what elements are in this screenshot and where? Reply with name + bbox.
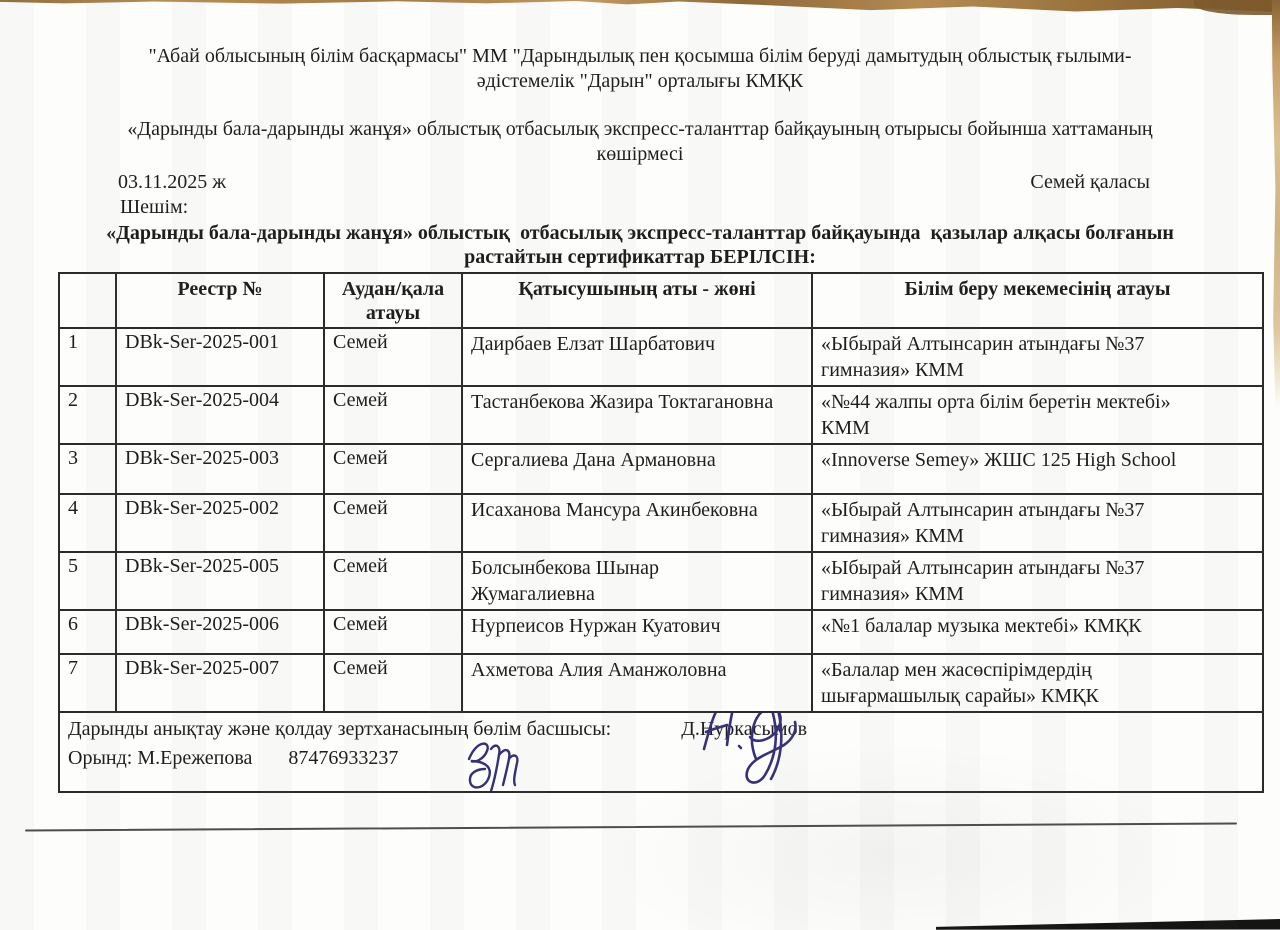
- table-row: 3 DBk-Ser-2025-003 Семей Сергалиева Дана…: [59, 444, 1263, 494]
- decision-label: Шешім:: [120, 195, 1280, 220]
- header-institution: Білім беру мекемесінің атауы: [812, 273, 1263, 328]
- cell-institution: «Ыбырай Алтынсарин атындағы №37 гимназия…: [812, 328, 1263, 386]
- table-row: 6 DBk-Ser-2025-006 Семей Нурпеисов Нуржа…: [59, 610, 1263, 654]
- cell-participant: Сергалиева Дана Армановна: [462, 444, 812, 494]
- cell-participant: Тастанбекова Жазира Токтагановна: [462, 386, 812, 444]
- page-rule-line: [25, 823, 1237, 832]
- cell-institution: «№44 жалпы орта білім беретін мектебі» К…: [812, 386, 1263, 444]
- table-footer-row: Дарынды анықтау және қолдау зертханасыны…: [59, 712, 1263, 792]
- org-title: "Абай облысының білім басқармасы" ММ "Да…: [140, 44, 1140, 94]
- cell-district: Семей: [324, 444, 462, 494]
- head-signature-line: Дарынды анықтау және қолдау зертханасыны…: [68, 715, 1254, 744]
- cell-participant: Даирбаев Елзат Шарбатович: [462, 328, 812, 386]
- cell-district: Семей: [324, 494, 462, 552]
- cell-index: 4: [59, 494, 116, 552]
- cell-index: 1: [59, 328, 116, 386]
- table-row: 7 DBk-Ser-2025-007 Семей Ахметова Алия А…: [59, 654, 1263, 712]
- cell-registry: DBk-Ser-2025-006: [116, 610, 324, 654]
- header-participant: Қатысушының аты - жөні: [462, 273, 812, 328]
- cell-registry: DBk-Ser-2025-001: [116, 328, 324, 386]
- header-index: [59, 273, 116, 328]
- doc-subtitle: «Дарынды бала-дарынды жанұя» облыстық от…: [103, 117, 1178, 167]
- cell-index: 5: [59, 552, 116, 610]
- cell-district: Семей: [324, 386, 462, 444]
- scanned-page: "Абай облысының білім басқармасы" ММ "Да…: [0, 0, 1280, 930]
- cell-participant: Болсынбекова Шынар Жумагалиевна: [462, 552, 812, 610]
- cell-registry: DBk-Ser-2025-002: [116, 494, 324, 552]
- executor-line: Орынд: М.Ережепова 87476933237: [68, 744, 1254, 773]
- signature-block: Дарынды анықтау және қолдау зертханасыны…: [59, 712, 1263, 792]
- cell-institution: «Балалар мен жасөспірімдердің шығармашыл…: [812, 654, 1263, 712]
- cell-registry: DBk-Ser-2025-003: [116, 444, 324, 494]
- table-header-row: Реестр № Аудан/қала атауы Қатысушының ат…: [59, 273, 1263, 328]
- resolution-text: «Дарынды бала-дарынды жанұя» облыстық от…: [80, 221, 1200, 269]
- document-content: "Абай облысының білім басқармасы" ММ "Да…: [0, 12, 1280, 793]
- cell-district: Семей: [324, 552, 462, 610]
- date-row: 03.11.2025 ж Семей қаласы: [118, 170, 1150, 195]
- table-row: 2 DBk-Ser-2025-004 Семей Тастанбекова Жа…: [59, 386, 1263, 444]
- cell-registry: DBk-Ser-2025-007: [116, 654, 324, 712]
- table-row: 4 DBk-Ser-2025-002 Семей Исаханова Мансу…: [59, 494, 1263, 552]
- cell-index: 6: [59, 610, 116, 654]
- cell-institution: «Ыбырай Алтынсарин атындағы №37 гимназия…: [812, 494, 1263, 552]
- executor-phone: 87476933237: [288, 747, 398, 769]
- cell-participant: Нурпеисов Нуржан Куатович: [462, 610, 812, 654]
- table-row: 5 DBk-Ser-2025-005 Семей Болсынбекова Шы…: [59, 552, 1263, 610]
- head-label: Дарынды анықтау және қолдау зертханасыны…: [68, 718, 611, 740]
- cell-institution: «Ыбырай Алтынсарин атындағы №37 гимназия…: [812, 552, 1263, 610]
- doc-city: Семей қаласы: [1030, 170, 1150, 195]
- cell-district: Семей: [324, 654, 462, 712]
- participants-table: Реестр № Аудан/қала атауы Қатысушының ат…: [58, 272, 1264, 793]
- cell-registry: DBk-Ser-2025-005: [116, 552, 324, 610]
- cell-index: 7: [59, 654, 116, 712]
- cell-index: 3: [59, 444, 116, 494]
- table-row: 1 DBk-Ser-2025-001 Семей Даирбаев Елзат …: [59, 328, 1263, 386]
- header-registry: Реестр №: [116, 273, 324, 328]
- cell-index: 2: [59, 386, 116, 444]
- cell-district: Семей: [324, 610, 462, 654]
- head-name: Д.Нуркасымов: [681, 718, 807, 740]
- scan-edge-bottom: [936, 918, 1280, 930]
- cell-participant: Ахметова Алия Аманжоловна: [462, 654, 812, 712]
- cell-institution: «№1 балалар музыка мектебі» КМҚК: [812, 610, 1263, 654]
- cell-participant: Исаханова Мансура Акинбековна: [462, 494, 812, 552]
- executor-label: Орынд: М.Ережепова: [68, 747, 252, 769]
- doc-date: 03.11.2025 ж: [118, 170, 226, 195]
- header-district: Аудан/қала атауы: [324, 273, 462, 328]
- cell-district: Семей: [324, 328, 462, 386]
- cell-registry: DBk-Ser-2025-004: [116, 386, 324, 444]
- cell-institution: «Innoverse Semey» ЖШС 125 High School: [812, 444, 1263, 494]
